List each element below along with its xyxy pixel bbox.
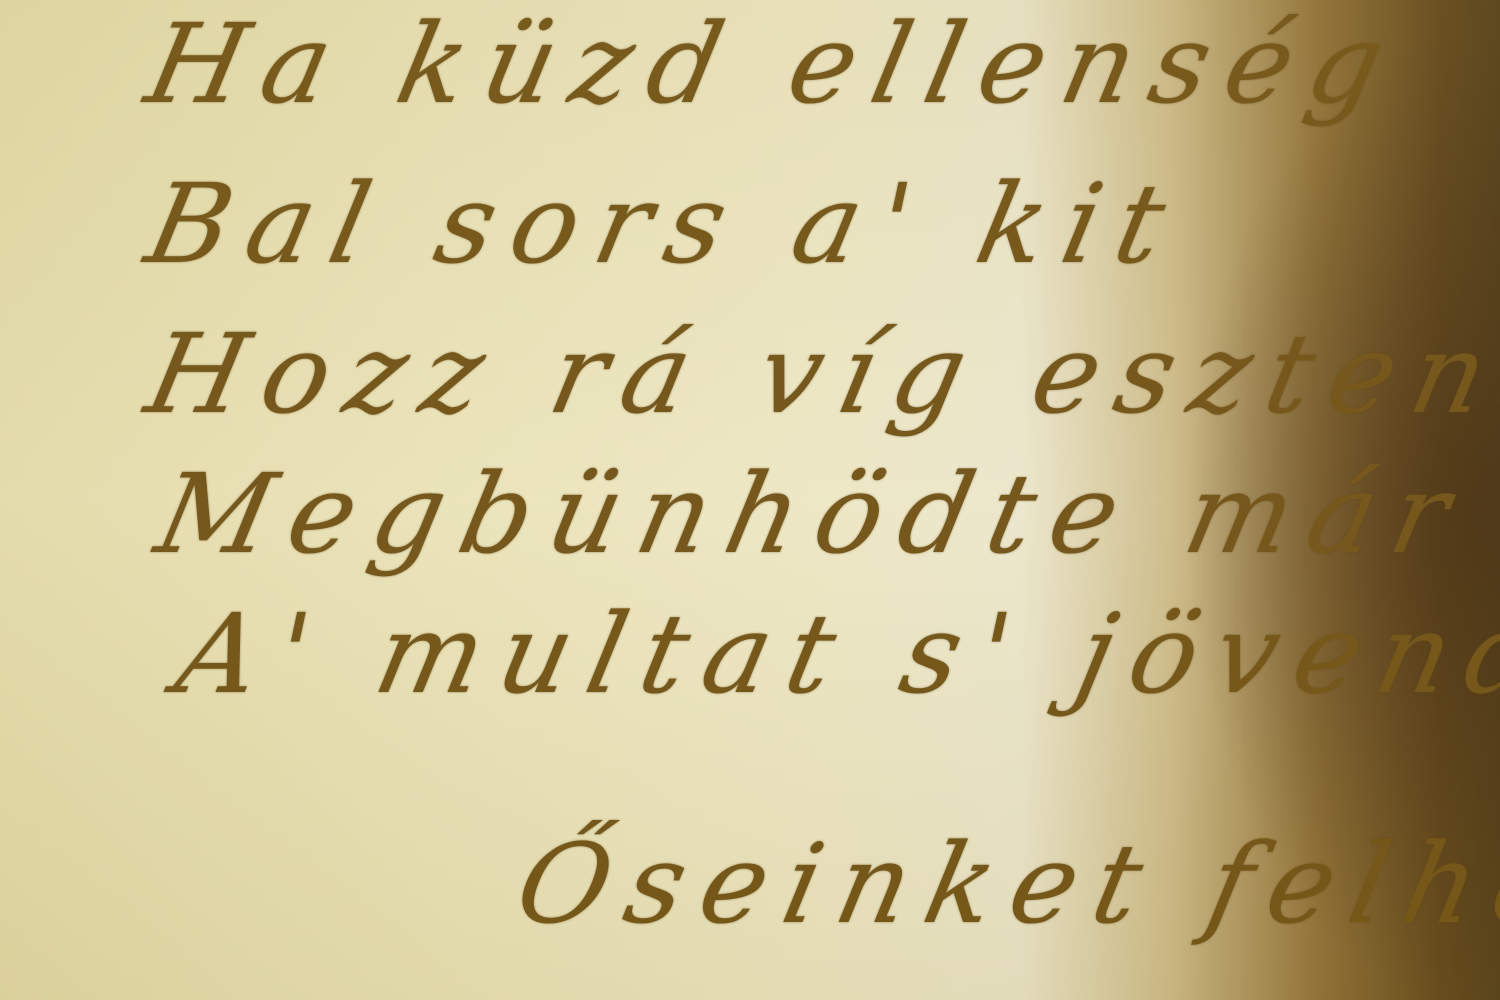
handwritten-line: Hozz rá víg esztendőt bbox=[136, 310, 1500, 438]
manuscript-page: Ha küzd ellenség Bal sors a' kit Hozz rá… bbox=[0, 0, 1500, 1000]
handwritten-line: A' multat s' jövendőt bbox=[166, 590, 1500, 718]
handwritten-line: Őseinket felhozád bbox=[506, 820, 1500, 948]
handwritten-line: Bal sors a' kit bbox=[136, 160, 1193, 288]
handwritten-line: Megbünhödte már bbox=[146, 450, 1478, 578]
handwritten-line: Ha küzd ellenség bbox=[136, 0, 1412, 128]
